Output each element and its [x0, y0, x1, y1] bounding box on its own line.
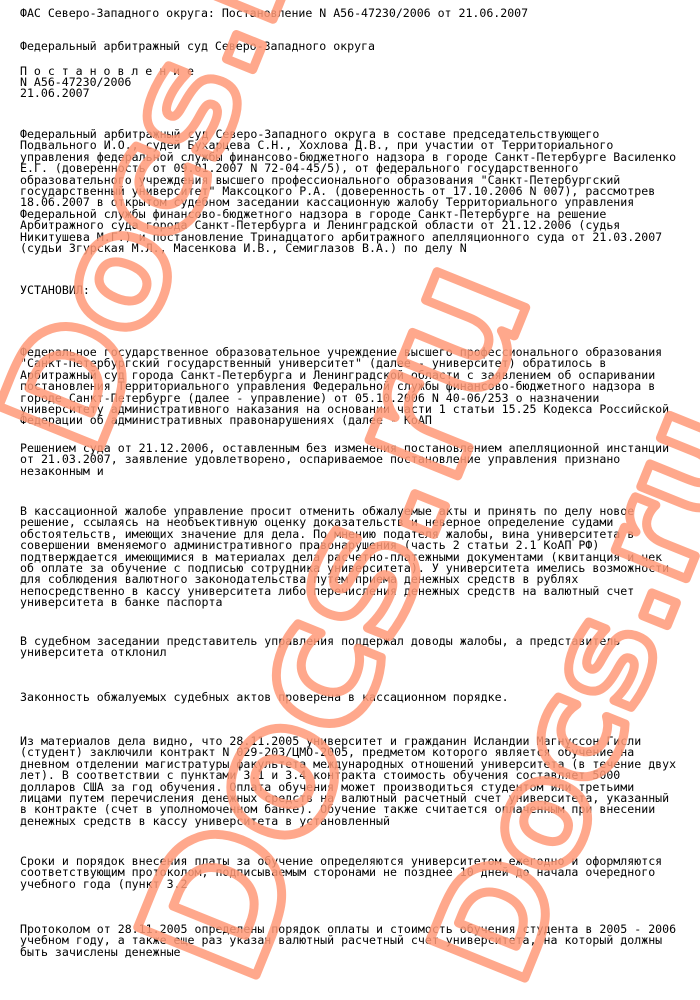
paragraph-cassation: В кассационной жалобе управление просит …: [20, 506, 669, 609]
paragraph-hearing: В судебном заседании представитель управ…: [20, 636, 620, 659]
paragraph-legality: Законность обжалуемых судебных актов про…: [20, 692, 509, 703]
paragraph-preamble: Федеральный арбитражный суд Северо-Запад…: [20, 129, 676, 254]
document-title-line: ФАС Северо-Западного округа: Постановлен…: [20, 8, 528, 19]
heading-established: УСТАНОВИЛ:: [20, 285, 90, 296]
paragraph-decision: Решением суда от 21.12.2006, оставленным…: [20, 443, 669, 477]
paragraph-terms: Сроки и порядок внесения платы за обучен…: [20, 856, 662, 890]
court-name: Федеральный арбитражный суд Северо-Запад…: [20, 41, 375, 52]
paragraph-claim: Федеральное государственное образователь…: [20, 347, 669, 427]
document-page: ФАС Северо-Западного округа: Постановлен…: [0, 0, 700, 1000]
paragraph-contract: Из материалов дела видно, что 28.11.2005…: [20, 736, 676, 827]
paragraph-protocol: Протоколом от 28.11.2005 определены поря…: [20, 924, 676, 958]
document-date: 21.06.2007: [20, 88, 90, 99]
